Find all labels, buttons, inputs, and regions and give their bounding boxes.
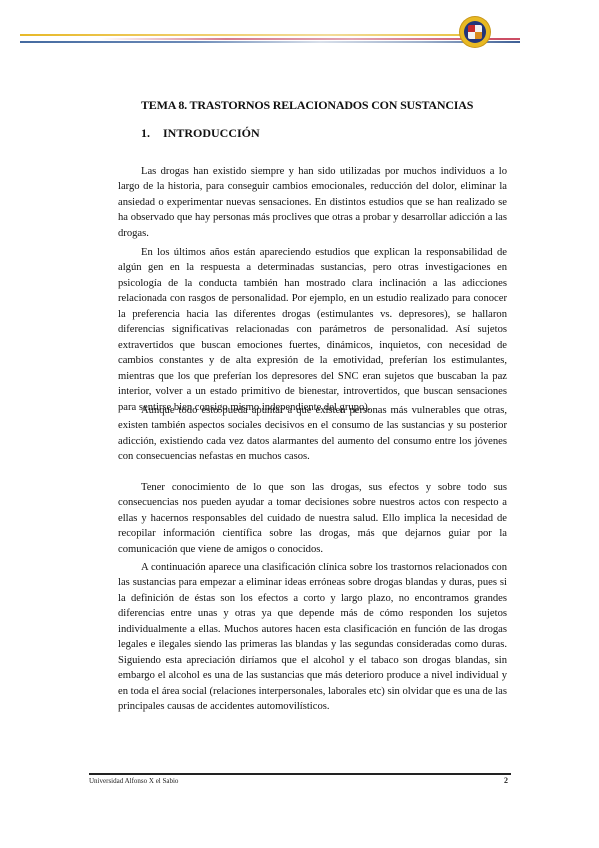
footer-divider: [89, 773, 511, 775]
page-number: 2: [504, 776, 508, 785]
body-paragraph: Aunque todo esto pueda apuntar a que exi…: [118, 403, 507, 465]
header-blue-line: [20, 41, 520, 43]
header-gold-line: [20, 34, 460, 36]
document-title: TEMA 8. TRASTORNOS RELACIONADOS CON SUST…: [141, 98, 473, 113]
university-seal-icon: [460, 17, 490, 47]
body-paragraph: Tener conocimiento de lo que son las dro…: [118, 480, 507, 558]
section-number: 1.: [141, 126, 163, 141]
footer-institution: Universidad Alfonso X el Sabio: [89, 777, 178, 785]
body-paragraph: En los últimos años están apareciendo es…: [118, 245, 507, 416]
body-paragraph: A continuación aparece una clasificación…: [118, 560, 507, 715]
seal-shield: [468, 25, 482, 39]
header-red-line: [100, 38, 520, 40]
section-heading: 1.INTRODUCCIÓN: [141, 126, 260, 141]
section-title: INTRODUCCIÓN: [163, 126, 260, 140]
body-paragraph: Las drogas han existido siempre y han si…: [118, 164, 507, 242]
